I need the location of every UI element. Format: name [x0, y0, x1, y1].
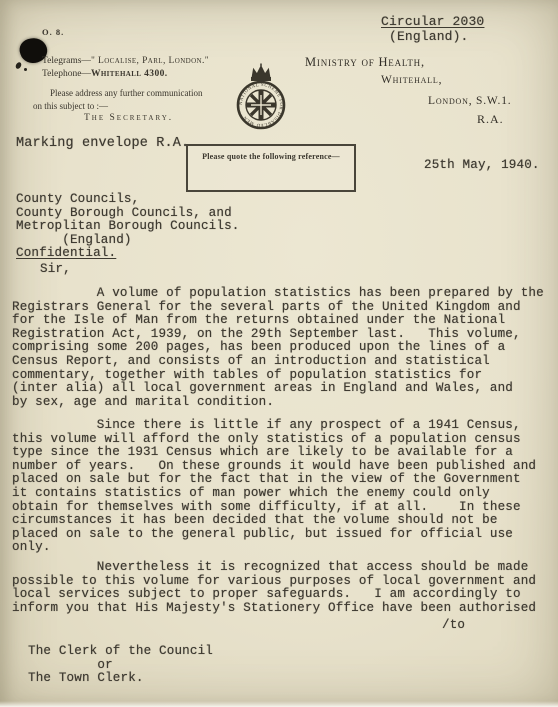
salutation: Sir,	[40, 263, 71, 277]
circular-country: (England).	[389, 30, 469, 44]
address-note-line2: on this subject to :—	[33, 101, 108, 111]
ministry-address-whitehall: Whitehall,	[381, 74, 442, 86]
ink-speck	[15, 61, 23, 70]
ministry-address-london: London, S.W.1.	[428, 95, 511, 107]
royal-crest-icon: NATIONAL SCHEME FOR DISABLED MEN	[230, 62, 292, 137]
ministry-name: Ministry of Health,	[305, 55, 425, 70]
marking-code: R.A.	[477, 112, 504, 127]
continuation-mark: /to	[442, 619, 465, 633]
reference-box: Please quote the following reference—	[186, 144, 356, 192]
corner-mark: O. 8.	[42, 27, 64, 37]
marking-envelope-line: Marking envelope R.A.	[16, 137, 189, 151]
confidential-label: Confidential.	[16, 247, 116, 261]
reference-box-label: Please quote the following reference—	[202, 152, 340, 161]
footer-addressee: The Clerk of the Council or The Town Cle…	[28, 645, 213, 686]
ink-speck	[24, 68, 27, 71]
scanned-letter-page: O. 8. Telegrams—" Localise, Parl, London…	[0, 0, 558, 707]
body-paragraph-3: Nevertheless it is recognized that acces…	[12, 561, 536, 615]
telephone-value: Whitehall 4300.	[91, 69, 168, 79]
secretary-line: The Secretary.	[84, 113, 173, 123]
telegrams-line: Telegrams—" Localise, Parl, London."	[42, 56, 209, 66]
body-paragraph-2: Since there is little if any prospect of…	[12, 419, 536, 555]
telephone-label: Telephone—	[42, 69, 91, 79]
circular-number: Circular 2030	[381, 15, 484, 29]
telegrams-label: Telegrams—	[42, 56, 91, 66]
address-note-line1: Please address any further communication	[50, 88, 202, 98]
telephone-line: Telephone—Whitehall 4300.	[42, 69, 168, 79]
letter-date: 25th May, 1940.	[424, 159, 540, 173]
telegrams-value: " Localise, Parl, London."	[91, 56, 209, 66]
scan-bottom-edge	[0, 701, 558, 707]
addressee-list: County Councils, County Borough Councils…	[16, 193, 240, 247]
body-paragraph-1: A volume of population statistics has be…	[12, 287, 544, 409]
